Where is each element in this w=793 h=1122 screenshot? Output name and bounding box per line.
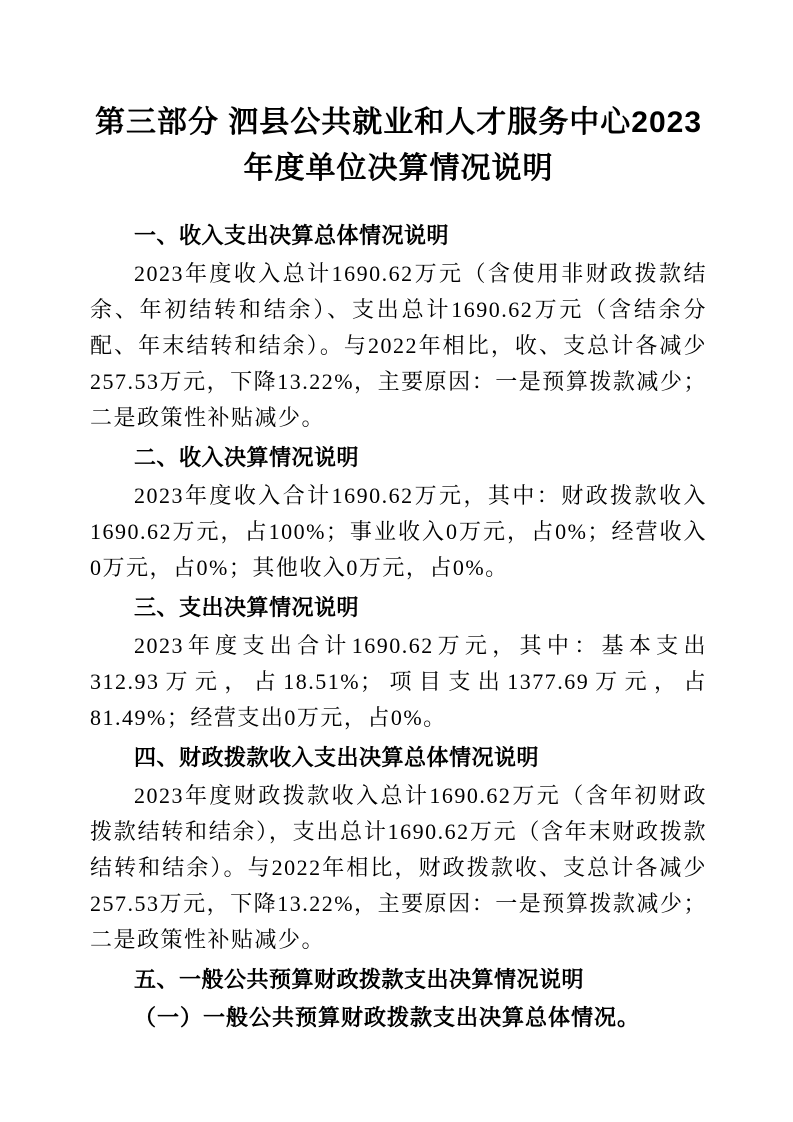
section-fiscal-appropriation-overview: 四、财政拨款收入支出决算总体情况说明 2023年度财政拨款收入总计1690.62… [90, 740, 707, 958]
section-income-details: 二、收入决算情况说明 2023年度收入合计1690.62万元，其中：财政拨款收入… [90, 440, 707, 586]
section-heading-4: 四、财政拨款收入支出决算总体情况说明 [90, 740, 707, 776]
section-general-public-budget: 五、一般公共预算财政拨款支出决算情况说明 （一）一般公共预算财政拨款支出决算总体… [90, 962, 707, 1036]
section-income-expenditure-overview: 一、收入支出决算总体情况说明 2023年度收入总计1690.62万元（含使用非财… [90, 218, 707, 436]
section-paragraph-1: 2023年度收入总计1690.62万元（含使用非财政拨款结余、年初结转和结余）、… [90, 256, 707, 436]
section-paragraph-4: 2023年度财政拨款收入总计1690.62万元（含年初财政拨款结转和结余），支出… [90, 778, 707, 958]
section-paragraph-2: 2023年度收入合计1690.62万元，其中：财政拨款收入1690.62万元，占… [90, 478, 707, 586]
document-page: 第三部分 泗县公共就业和人才服务中心2023年度单位决算情况说明 一、收入支出决… [0, 0, 793, 1122]
section-heading-1: 一、收入支出决算总体情况说明 [90, 218, 707, 254]
subsection-heading-5-1: （一）一般公共预算财政拨款支出决算总体情况。 [90, 1000, 707, 1036]
document-title: 第三部分 泗县公共就业和人才服务中心2023年度单位决算情况说明 [90, 100, 707, 192]
section-expenditure-details: 三、支出决算情况说明 2023年度支出合计1690.62万元，其中：基本支出31… [90, 590, 707, 736]
section-heading-5: 五、一般公共预算财政拨款支出决算情况说明 [90, 962, 707, 998]
document-content: 第三部分 泗县公共就业和人才服务中心2023年度单位决算情况说明 一、收入支出决… [0, 0, 793, 1036]
section-heading-3: 三、支出决算情况说明 [90, 590, 707, 626]
section-paragraph-3: 2023年度支出合计1690.62万元，其中：基本支出312.93万元，占18.… [90, 628, 707, 736]
section-heading-2: 二、收入决算情况说明 [90, 440, 707, 476]
